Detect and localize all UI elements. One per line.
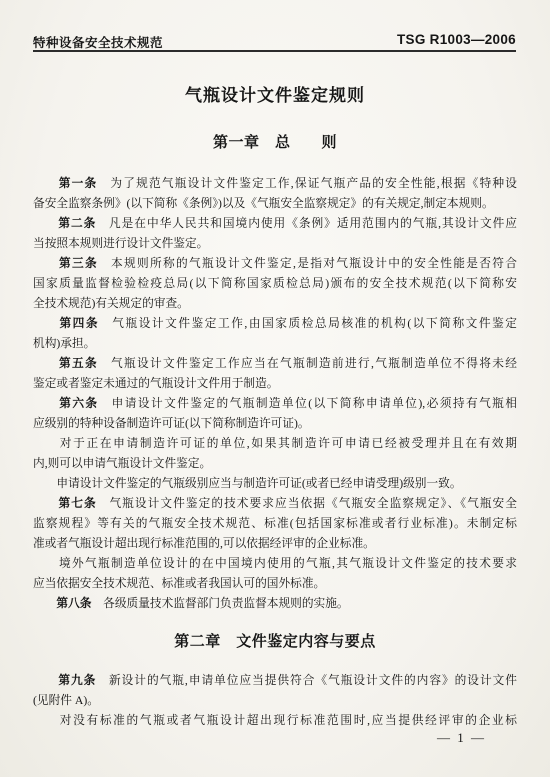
- text-line: 鉴定或者鉴定未通过的气瓶设计文件用于制造。: [33, 374, 517, 394]
- text-line: 应级别的特种设备制造许可证(以下简称制造许可证)。: [33, 414, 517, 434]
- document-page: 特种设备安全技术规范 TSG R1003—2006 气瓶设计文件鉴定规则 第一章…: [0, 0, 550, 777]
- text-line: 对没有标准的气瓶或者气瓶设计超出现行标准范围时,应当提供经评审的企业标: [33, 711, 517, 731]
- article-number: 第七条: [58, 497, 96, 510]
- article-line: 第二条 凡是在中华人民共和国境内使用《条例》适用范围内的气瓶,其设计文件应: [33, 214, 517, 234]
- text-line: 当按照本规则进行设计文件鉴定。: [33, 234, 517, 254]
- article-number: 第一条: [59, 177, 98, 190]
- text-line: 内,则可以申请气瓶设计文件鉴定。: [33, 454, 517, 474]
- chapter-1-heading: 第一章 总 则: [0, 131, 550, 152]
- chapter-2-heading: 第二章 文件鉴定内容与要点: [0, 630, 550, 651]
- text-line: 准或者气瓶设计超出现行标准范围的,可以依据经评审的企业标准。: [33, 534, 517, 554]
- document-title: 气瓶设计文件鉴定规则: [0, 81, 550, 106]
- article-line: 第五条 气瓶设计文件鉴定工作应当在气瓶制造前进行,气瓶制造单位不得将未经: [33, 354, 517, 374]
- article-line: 第九条 新设计的气瓶,申请单位应当提供符合《气瓶设计文件的内容》的设计文件: [33, 671, 517, 691]
- header-rule: [33, 50, 516, 52]
- text-line: 对于正在申请制造许可证的单位,如果其制造许可申请已经被受理并且在有效期: [33, 434, 517, 454]
- article-number: 第八条: [56, 597, 91, 610]
- header-document-code: TSG R1003—2006: [397, 32, 516, 47]
- article-number: 第九条: [58, 674, 96, 687]
- article-line: 第六条 申请设计文件鉴定的气瓶制造单位(以下简称申请单位),必须持有气瓶相: [33, 394, 517, 414]
- article-number: 第六条: [59, 397, 98, 410]
- text-line: 应当依据安全技术规范、标准或者我国认可的国外标准。: [33, 574, 517, 594]
- article-line: 第四条 气瓶设计文件鉴定工作,由国家质检总局核准的机构(以下简称文件鉴定: [33, 314, 517, 334]
- text-line: 全技术规范)有关规定的审查。: [33, 294, 517, 314]
- article-number: 第四条: [59, 317, 99, 330]
- article-line: 第八条 各级质量技术监督部门负责监督本规则的实施。: [33, 594, 517, 614]
- text-line: 境外气瓶制造单位设计的在中国境内使用的气瓶,其气瓶设计文件鉴定的技术要求: [33, 554, 517, 574]
- chapter-2-body: 第九条 新设计的气瓶,申请单位应当提供符合《气瓶设计文件的内容》的设计文件(见附…: [33, 671, 517, 731]
- text-line: (见附件 A)。: [33, 691, 517, 711]
- header-left-label: 特种设备安全技术规范: [33, 33, 163, 51]
- text-line: 备安全监察条例》(以下简称《条例》)以及《气瓶安全监察规定》的有关规定,制定本规…: [33, 194, 517, 214]
- text-line: 监察规程》等有关的气瓶安全技术规范、标准(包括国家标准或者行业标准)。未制定标: [33, 514, 517, 534]
- page-number: — 1 —: [437, 730, 486, 746]
- article-line: 第一条 为了规范气瓶设计文件鉴定工作,保证气瓶产品的安全性能,根据《特种设: [33, 174, 517, 194]
- text-line: 申请设计文件鉴定的气瓶级别应当与制造许可证(或者已经申请受理)级别一致。: [33, 474, 517, 494]
- chapter-1-body: 第一条 为了规范气瓶设计文件鉴定工作,保证气瓶产品的安全性能,根据《特种设备安全…: [33, 174, 517, 614]
- article-line: 第三条 本规则所称的气瓶设计文件鉴定,是指对气瓶设计中的安全性能是否符合: [33, 254, 517, 274]
- article-number: 第三条: [59, 257, 98, 270]
- article-line: 第七条 气瓶设计文件鉴定的技术要求应当依据《气瓶安全监察规定》、《气瓶安全: [33, 494, 517, 514]
- text-line: 国家质量监督检验检疫总局(以下简称国家质检总局)颁布的安全技术规范(以下简称安: [33, 274, 517, 294]
- text-line: 机构)承担。: [33, 334, 517, 354]
- article-number: 第二条: [58, 217, 96, 230]
- article-number: 第五条: [59, 357, 98, 370]
